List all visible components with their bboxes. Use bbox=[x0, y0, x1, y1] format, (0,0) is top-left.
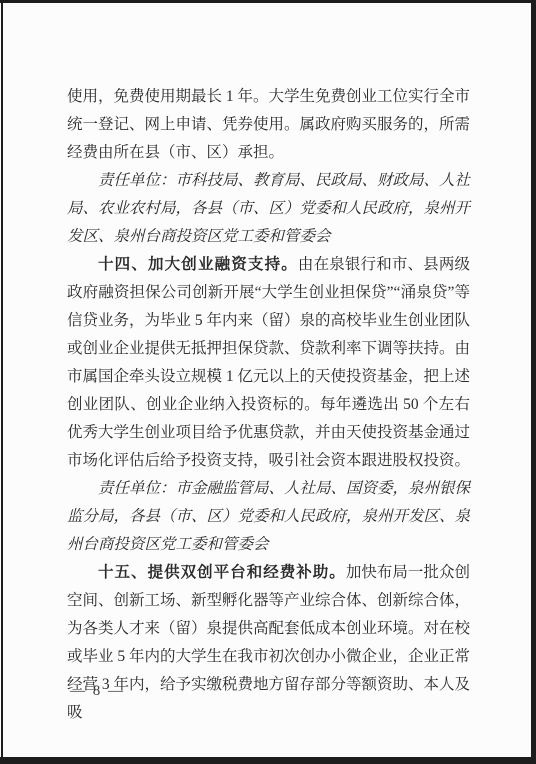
scan-edge-bottom bbox=[0, 757, 536, 764]
paragraph-continuation: 使用，免费使用期最长 1 年。大学生免费创业工位实行全市统一登记、网上申请、凭券… bbox=[67, 83, 470, 167]
scanned-document-page: 使用，免费使用期最长 1 年。大学生免费创业工位实行全市统一登记、网上申请、凭券… bbox=[0, 0, 536, 764]
section-14-heading: 十四、加大创业融资支持。 bbox=[98, 256, 298, 273]
page-number: — 8 — bbox=[70, 683, 125, 700]
responsibility-unit-2: 责任单位：市金融监管局、人社局、国资委，泉州银保监分局，各县（市、区）党委和人民… bbox=[67, 475, 470, 559]
scan-edge-left bbox=[1, 0, 3, 764]
scan-edge-right bbox=[531, 0, 536, 764]
section-15-body: 加快布局一批众创空间、创新工场、新型孵化器等产业综合体、创新综合体，为各类人才来… bbox=[67, 564, 470, 721]
section-14-paragraph: 十四、加大创业融资支持。由在泉银行和市、县两级政府融资担保公司创新开展“大学生创… bbox=[67, 251, 470, 475]
document-body: 使用，免费使用期最长 1 年。大学生免费创业工位实行全市统一登记、网上申请、凭券… bbox=[67, 83, 470, 727]
section-15-paragraph: 十五、提供双创平台和经费补助。加快布局一批众创空间、创新工场、新型孵化器等产业综… bbox=[67, 559, 470, 727]
section-15-heading: 十五、提供双创平台和经费补助。 bbox=[98, 564, 346, 581]
scan-edge-top bbox=[0, 0, 536, 3]
responsibility-unit-1: 责任单位：市科技局、教育局、民政局、财政局、人社局、农业农村局，各县（市、区）党… bbox=[67, 167, 470, 251]
section-14-body: 由在泉银行和市、县两级政府融资担保公司创新开展“大学生创业担保贷”“涌泉贷”等信… bbox=[67, 256, 470, 469]
